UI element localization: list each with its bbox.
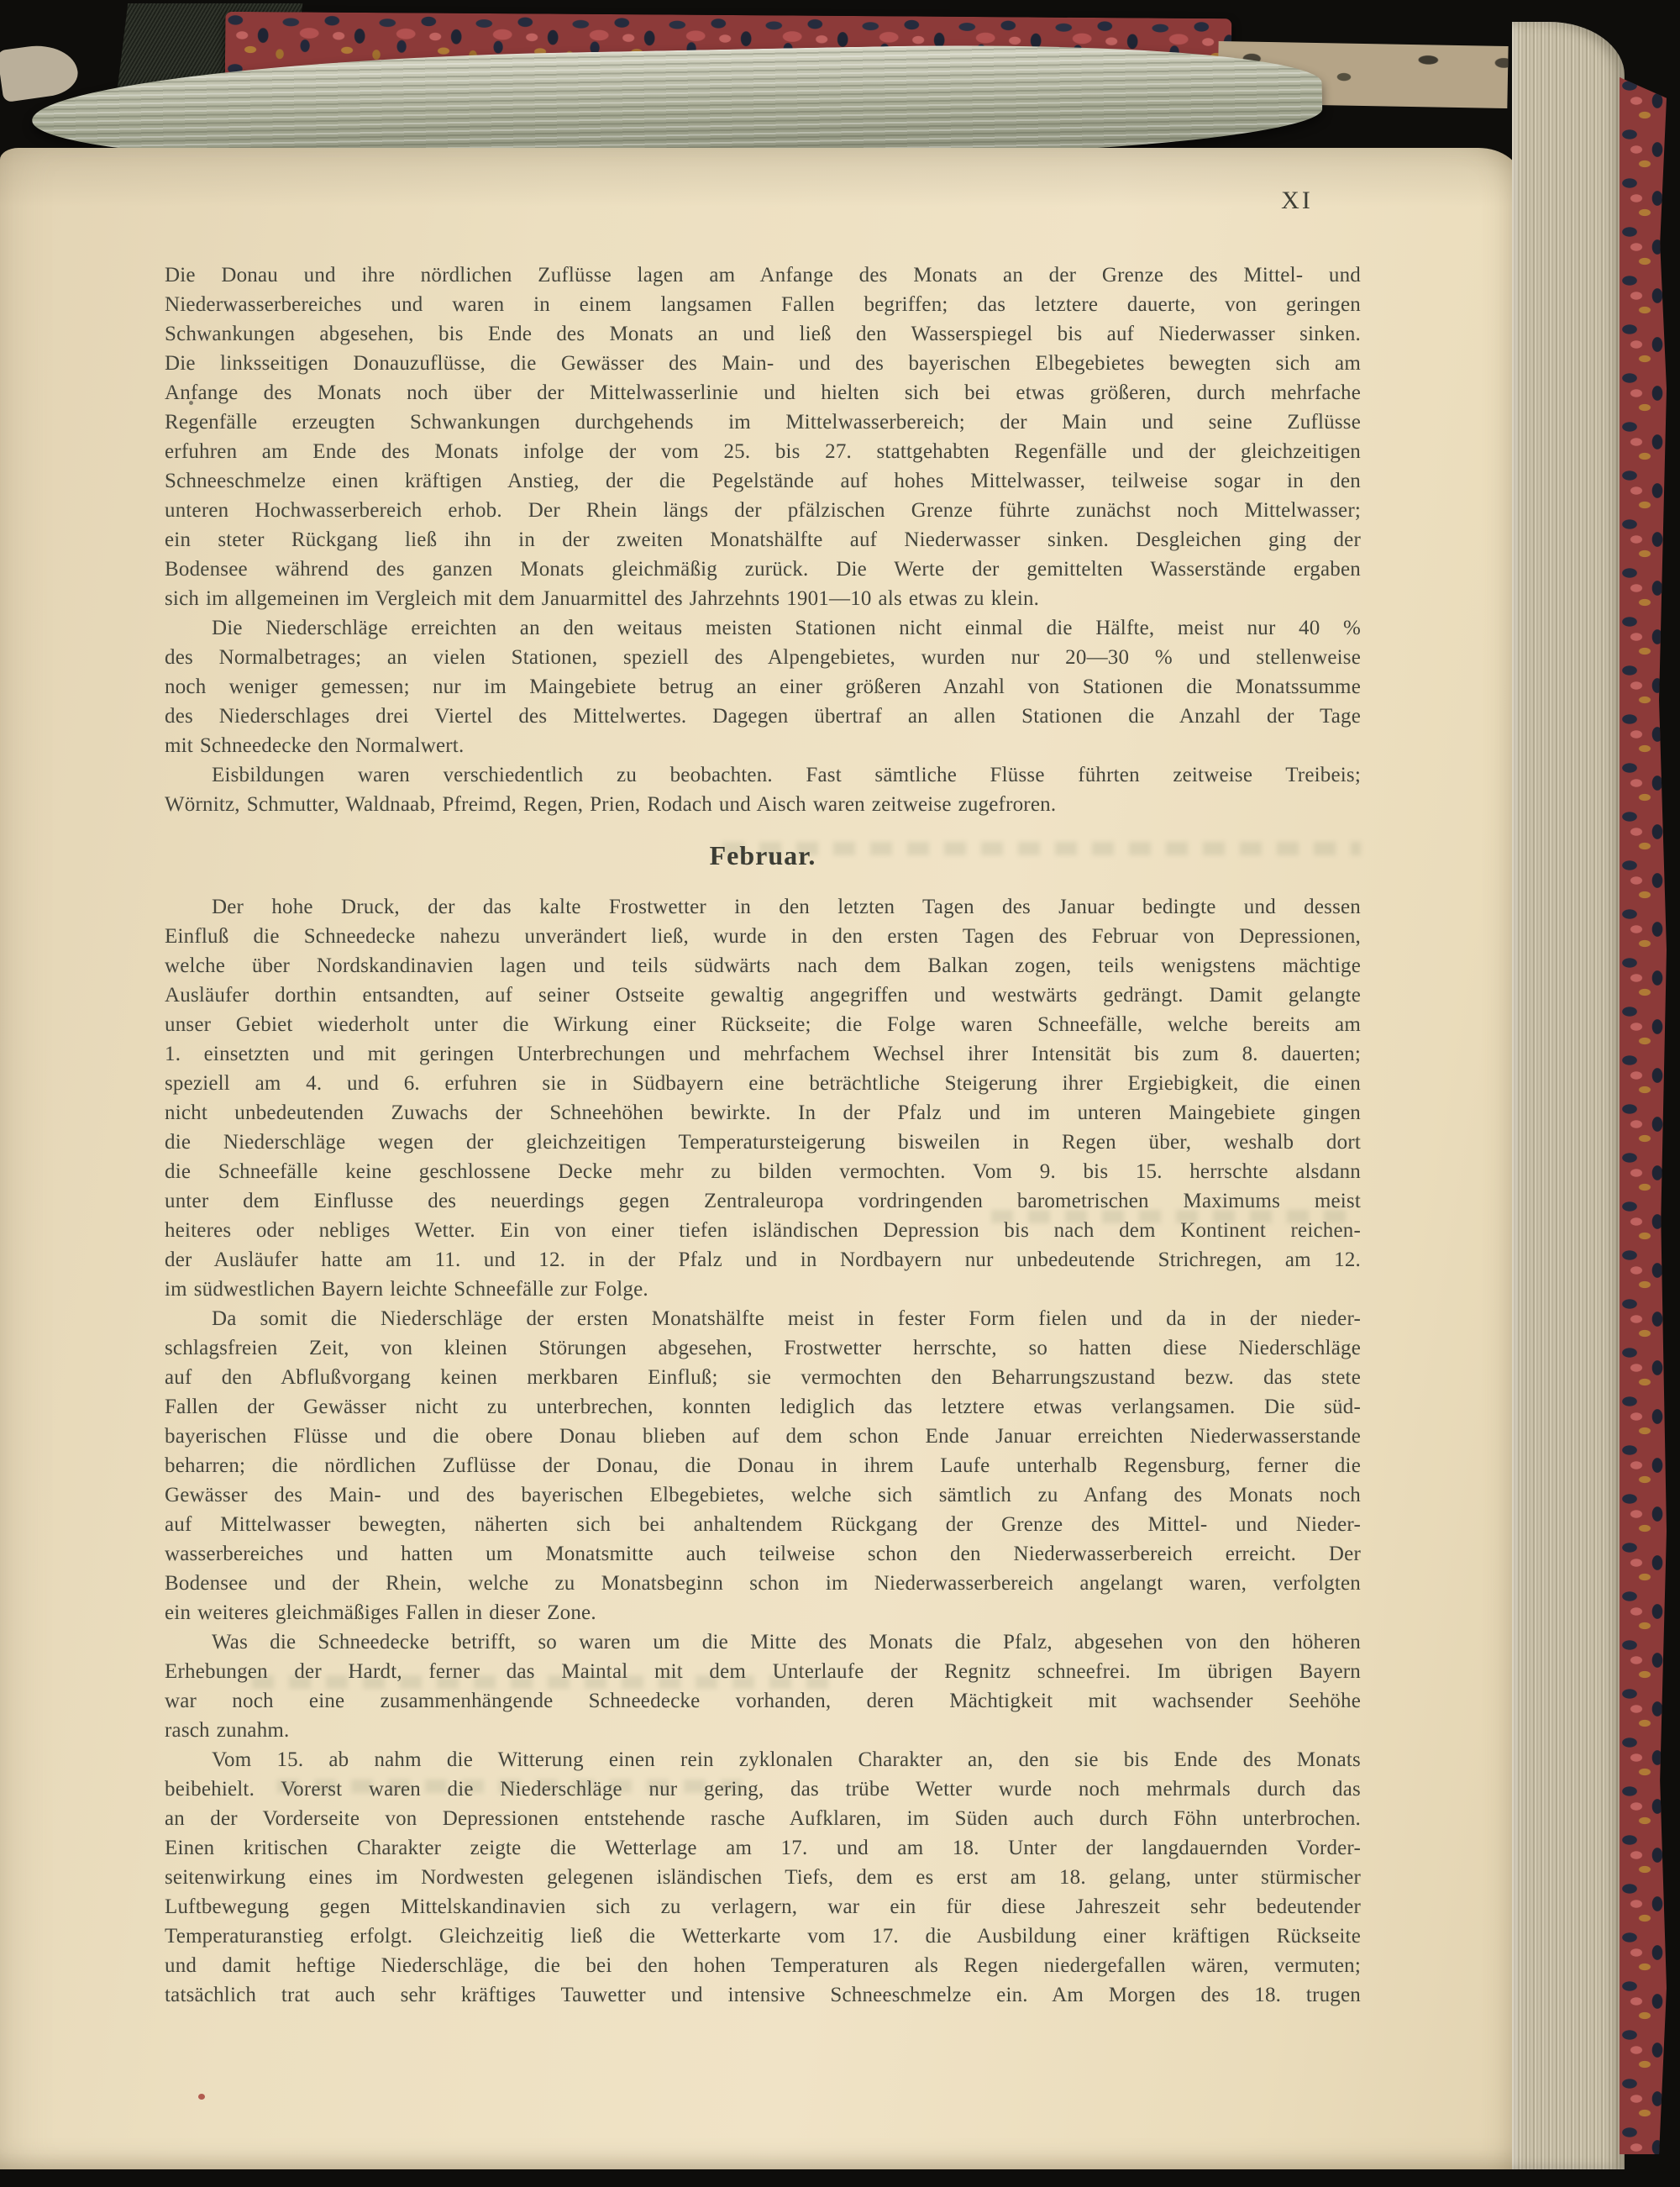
text-line: heiteres oder nebliges Wetter. Ein von e… [165, 1216, 1361, 1245]
text-line: beharren; die nördlichen Zuflüsse der Do… [165, 1451, 1361, 1480]
text-line: wasserbereiches und hatten um Monatsmitt… [165, 1539, 1361, 1569]
text-line: erfuhren am Ende des Monats infolge der … [165, 437, 1361, 466]
text-line: Die Donau und ihre nördlichen Zuflüsse l… [165, 260, 1361, 290]
book-fore-edge-page-stack [1512, 22, 1625, 2169]
paragraph: Vom 15. ab nahm die Witterung einen rein… [165, 1745, 1361, 2010]
paragraph: Die Donau und ihre nördlichen Zuflüsse l… [165, 260, 1361, 613]
text-line: nicht unbedeutenden Zuwachs der Schneehö… [165, 1098, 1361, 1128]
page-corner-glimpse [0, 40, 81, 103]
text-line: Schwankungen abgesehen, bis Ende des Mon… [165, 319, 1361, 349]
text-line: an der Vorderseite von Depressionen ents… [165, 1804, 1361, 1833]
text-line: war noch eine zusammenhängende Schneedec… [165, 1686, 1361, 1716]
paragraph: Die Niederschläge erreichten an den weit… [165, 613, 1361, 760]
page-number: XI [1258, 187, 1336, 215]
text-line: 1. einsetzten und mit geringen Unterbrec… [165, 1039, 1361, 1069]
text-line: Gewässer des Main- und des bayerischen E… [165, 1480, 1361, 1510]
text-line: Temperaturanstieg erfolgt. Gleichzeitig … [165, 1922, 1361, 1951]
text-line: seitenwirkung eines im Nordwesten gelege… [165, 1863, 1361, 1892]
text-line: Fallen der Gewässer nicht zu unterbreche… [165, 1392, 1361, 1422]
text-line: unteren Hochwasserbereich erhob. Der Rhe… [165, 496, 1361, 525]
paragraph: Der hohe Druck, der das kalte Frostwette… [165, 892, 1361, 1304]
text-line: Wörnitz, Schmutter, Waldnaab, Pfreimd, R… [165, 790, 1361, 819]
text-line: im südwestlichen Bayern leichte Schneefä… [165, 1275, 1361, 1304]
text-line: auf Mittelwasser bewegten, näherten sich… [165, 1510, 1361, 1539]
text-line: Einen kritischen Charakter zeigte die We… [165, 1833, 1361, 1863]
text-line: ein weiteres gleichmäßiges Fallen in die… [165, 1598, 1361, 1627]
text-line: die Niederschläge wegen der gleichzeitig… [165, 1128, 1361, 1157]
text-line: Bodensee und der Rhein, welche zu Monats… [165, 1569, 1361, 1598]
text-line: der Ausläufer hatte am 11. und 12. in de… [165, 1245, 1361, 1275]
text-line: bayerischen Flüsse und die obere Donau b… [165, 1422, 1361, 1451]
text-line: ein steter Rückgang ließ ihn in der zwei… [165, 525, 1361, 555]
text-line: rasch zunahm. [165, 1716, 1361, 1745]
paragraph: Da somit die Niederschläge der ersten Mo… [165, 1304, 1361, 1627]
text-line: Regenfälle erzeugten Schwankungen durchg… [165, 407, 1361, 437]
text-line: auf den Abflußvorgang keinen merkbaren E… [165, 1363, 1361, 1392]
text-line: mit Schneedecke den Normalwert. [165, 731, 1361, 760]
text-line: schlagsfreien Zeit, von kleinen Störunge… [165, 1333, 1361, 1363]
text-line: und damit heftige Niederschläge, die bei… [165, 1951, 1361, 1980]
text-line: sich im allgemeinen im Vergleich mit dem… [165, 584, 1361, 613]
text-line: Die linksseitigen Donauzuflüsse, die Gew… [165, 349, 1361, 378]
text-line: welche über Nordskandinavien lagen und t… [165, 951, 1361, 980]
text-line: unser Gebiet wiederholt unter die Wirkun… [165, 1010, 1361, 1039]
text-line: speziell am 4. und 6. erfuhren sie in Sü… [165, 1069, 1361, 1098]
text-line: Luftbewegung gegen Mittelskandinavien si… [165, 1892, 1361, 1922]
text-block: Die Donau und ihre nördlichen Zuflüsse l… [165, 260, 1361, 2010]
ink-speck [198, 2094, 205, 2100]
text-line: Da somit die Niederschläge der ersten Mo… [165, 1304, 1361, 1333]
text-line: beibehielt. Vorerst waren die Niederschl… [165, 1774, 1361, 1804]
text-line: Der hohe Druck, der das kalte Frostwette… [165, 892, 1361, 922]
text-line: Anfange des Monats noch über der Mittelw… [165, 378, 1361, 407]
text-line: Schneeschmelze einen kräftigen Anstieg, … [165, 466, 1361, 496]
paragraph: Was die Schneedecke betrifft, so waren u… [165, 1627, 1361, 1745]
text-line: Einfluß die Schneedecke nahezu unverände… [165, 922, 1361, 951]
text-line: noch weniger gemessen; nur im Maingebiet… [165, 672, 1361, 702]
text-line: Vom 15. ab nahm die Witterung einen rein… [165, 1745, 1361, 1774]
text-line: unter dem Einflusse des neuerdings gegen… [165, 1186, 1361, 1216]
paragraph: Eisbildungen waren verschiedentlich zu b… [165, 760, 1361, 819]
text-line: Eisbildungen waren verschiedentlich zu b… [165, 760, 1361, 790]
text-line: Die Niederschläge erreichten an den weit… [165, 613, 1361, 643]
text-line: des Normalbetrages; an vielen Stationen,… [165, 643, 1361, 672]
text-line: Bodensee während des ganzen Monats gleic… [165, 555, 1361, 584]
text-line: Niederwasserbereiches und waren in einem… [165, 290, 1361, 319]
text-line: Erhebungen der Hardt, ferner das Maintal… [165, 1657, 1361, 1686]
text-line: des Niederschlages drei Viertel des Mitt… [165, 702, 1361, 731]
text-line: Was die Schneedecke betrifft, so waren u… [165, 1627, 1361, 1657]
text-line: die Schneefälle keine geschlossene Decke… [165, 1157, 1361, 1186]
book-cover-marbled-right-edge [1620, 77, 1667, 2154]
text-line: Ausläufer dorthin entsandten, auf seiner… [165, 980, 1361, 1010]
section-heading: Februar. [165, 819, 1361, 892]
text-line: tatsächlich trat auch sehr kräftiges Tau… [165, 1980, 1361, 2010]
